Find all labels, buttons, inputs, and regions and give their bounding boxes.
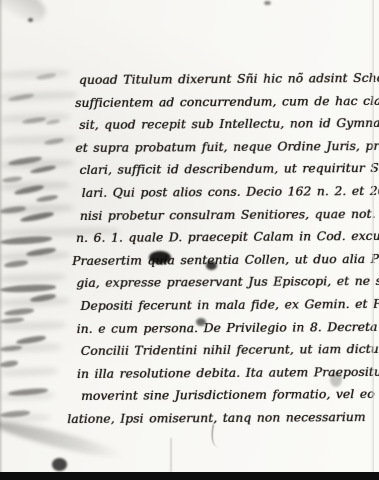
ink-blot (206, 261, 217, 270)
ink-blot (264, 1, 271, 5)
manuscript-line: moverint sine Jurisdictionem formatio, v… (81, 383, 377, 408)
bleedthrough-streak (0, 273, 66, 283)
ink-mark (4, 308, 34, 317)
scanner-bottom-bar (0, 472, 379, 480)
manuscript-line: gia, expresse praeservant Jus Episcopi, … (76, 270, 376, 295)
manuscript-line: clari, sufficit id describendum, ut requ… (79, 157, 375, 182)
ink-mark (0, 236, 52, 246)
manuscript-line: n. 6. 1. quale D. praecepit Calam in Cod… (76, 225, 376, 250)
bleedthrough-streak (0, 367, 58, 377)
ink-blot (149, 251, 171, 264)
manuscript-line: Praesertim quia sententia Collen, ut duo… (72, 248, 376, 273)
pen-flourish-descender (209, 424, 224, 448)
manuscript-line: sufficientem ad concurrendum, cum de hac… (75, 90, 375, 115)
bleedthrough-streak (0, 69, 70, 79)
manuscript-line: Depositi fecerunt in mala fide, ex Gemin… (80, 293, 376, 318)
ink-blot (52, 458, 67, 471)
paper-crease (170, 438, 172, 472)
manuscript-line: nisi probetur consulram Senitiores, quae… (80, 203, 376, 228)
manuscript-line: quoad Titulum dixerunt Sñi hic nõ adsint… (79, 67, 375, 92)
scanned-manuscript-page: quoad Titulum dixerunt Sñi hic nõ adsint… (0, 0, 379, 480)
manuscript-line: in. e cum persona. De Privilegio in 8. D… (76, 315, 376, 340)
manuscript-line: lari. Qui post alios cons. Decio 162 n. … (82, 180, 376, 205)
ink-mark (36, 194, 58, 202)
ink-blot (196, 318, 206, 326)
ink-blot (330, 372, 342, 387)
paper-left-edge-shadow (0, 0, 3, 473)
manuscript-line: sit, quod recepit sub Intellectu, non id… (79, 112, 375, 137)
scan-corner-artifact (0, 0, 50, 28)
ink-blot (28, 18, 33, 22)
ink-mark (4, 260, 28, 268)
manuscript-line: et supra probatum fuit, neque Ordine Jur… (75, 135, 375, 160)
paper-right-edge (371, 0, 374, 473)
manuscript-line: Concilii Tridentini nihil fecerunt, ut i… (81, 338, 377, 363)
bleedthrough-streak (0, 135, 76, 146)
ink-mark (0, 284, 56, 293)
